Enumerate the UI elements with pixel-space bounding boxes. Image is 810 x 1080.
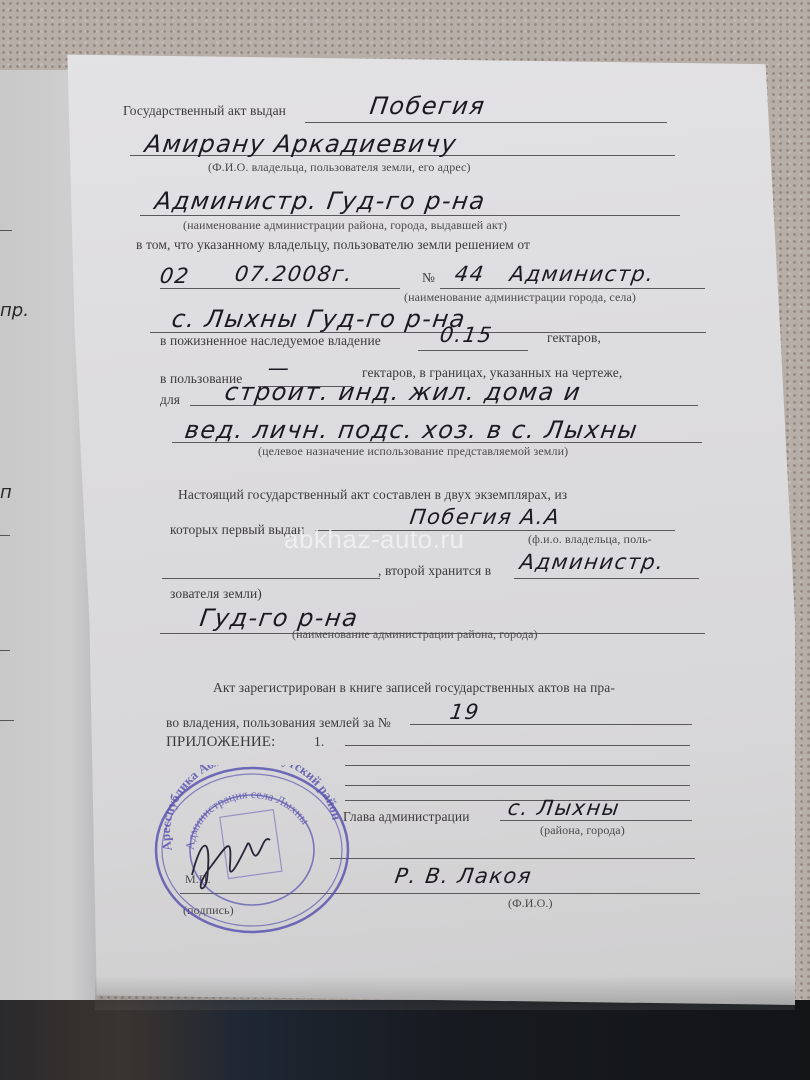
floor-background bbox=[0, 1000, 810, 1080]
issued-to-label: Государственный акт выдан bbox=[123, 103, 286, 119]
fill-line bbox=[140, 215, 680, 216]
decision-day: 02 bbox=[158, 264, 191, 288]
underlying-text: п bbox=[0, 482, 12, 503]
decision-number: 44 bbox=[453, 262, 486, 286]
fill-line bbox=[418, 350, 528, 351]
number-label: № bbox=[422, 270, 435, 286]
head-caption: (района, города) bbox=[540, 823, 625, 838]
head-label: Глава администрации bbox=[343, 809, 470, 825]
underlying-line bbox=[0, 230, 12, 231]
official-seal-stamp: Аресспублика Абхазия • Гудаутский район … bbox=[152, 765, 352, 935]
second-kept-value: Администр. bbox=[518, 550, 666, 574]
village-value: с. Лыхны Гуд-го р-на bbox=[170, 305, 468, 333]
svg-text:Администрация села Лыхны: Администрация села Лыхны bbox=[183, 787, 312, 850]
issuer-value: Администр. Гуд-го р-на bbox=[153, 187, 488, 215]
underlying-line bbox=[0, 720, 14, 721]
underlying-line bbox=[0, 650, 10, 651]
issued-to-surname: Побегия bbox=[368, 92, 487, 120]
decision-text: в том, что указанному владельцу, пользов… bbox=[136, 237, 530, 253]
fill-line bbox=[440, 288, 705, 289]
copies-text: Настоящий государственный акт составлен … bbox=[178, 487, 567, 503]
fill-line bbox=[514, 578, 699, 579]
fill-line bbox=[345, 745, 690, 746]
fill-line bbox=[500, 820, 692, 821]
hectares-label: гектаров, bbox=[547, 330, 601, 346]
owner-caption: (Ф.И.О. владельца, пользователя земли, е… bbox=[208, 160, 471, 175]
admin-caption: (наименование администрации города, села… bbox=[404, 290, 636, 305]
fill-line bbox=[410, 724, 692, 725]
sheet-edge-shadow bbox=[95, 975, 795, 1010]
user-caption: зователя земли) bbox=[170, 586, 262, 602]
issued-to-name: Амирану Аркадиевичу bbox=[143, 130, 459, 158]
registered-text-2: во владения, пользования землей за № bbox=[166, 715, 391, 731]
fill-line bbox=[330, 858, 695, 859]
purpose-caption: (целевое назначение использование предст… bbox=[258, 444, 568, 459]
head-value: с. Лыхны bbox=[506, 796, 621, 820]
district-caption: (наименование администрации района, горо… bbox=[292, 627, 538, 642]
fill-line bbox=[345, 785, 690, 786]
appendix-label: ПРИЛОЖЕНИЕ: bbox=[166, 734, 275, 751]
purpose-label: для bbox=[160, 392, 180, 408]
fill-line bbox=[162, 578, 380, 579]
purpose-line-2: вед. личн. подс. хоз. в с. Лыхны bbox=[183, 416, 640, 444]
underlying-text: пр. bbox=[0, 300, 29, 321]
decision-date: 07.2008г. bbox=[233, 262, 354, 286]
fill-line bbox=[160, 288, 400, 289]
use-value: — bbox=[266, 356, 292, 380]
purpose-line-1: строит. инд. жил. дома и bbox=[223, 378, 583, 406]
fill-line bbox=[305, 122, 667, 123]
signature-scribble bbox=[192, 839, 270, 888]
underlying-line bbox=[0, 535, 10, 536]
lifetime-label: в пожизненное наследуемое владение bbox=[160, 333, 381, 349]
registered-text: Акт зарегистрирован в книге записей госу… bbox=[213, 680, 615, 696]
stamp-inner-text: Администрация села Лыхны bbox=[183, 787, 312, 850]
lifetime-value: 0.15 bbox=[438, 323, 494, 347]
appendix-item: 1. bbox=[314, 734, 324, 750]
fill-line bbox=[345, 765, 690, 766]
registered-number: 19 bbox=[448, 700, 481, 724]
watermark: abkhaz-auto.ru bbox=[284, 524, 464, 555]
head-name: Р. В. Лакоя bbox=[393, 864, 533, 888]
second-kept-label: , второй хранится в bbox=[378, 563, 491, 579]
issuer-caption: (наименование администрации района, горо… bbox=[183, 218, 507, 233]
name-caption: (Ф.И.О.) bbox=[508, 896, 553, 911]
first-issued-caption: (ф.и.о. владельца, поль- bbox=[528, 532, 652, 547]
decision-admin: Администр. bbox=[508, 262, 656, 286]
